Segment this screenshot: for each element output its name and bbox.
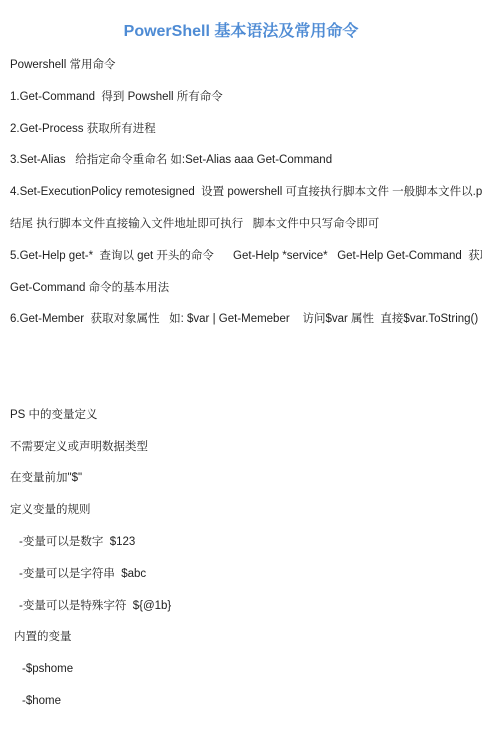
paragraph-set-executionpolicy-wrap: 结尾 执行脚本文件直接输入文件地址即可执行 脚本文件中只写命令即可 xyxy=(0,209,482,241)
document-page: PowerShell 基本语法及常用命令 Powershell 常用命令 1.G… xyxy=(0,0,482,738)
list-item-home: -$home xyxy=(0,686,482,718)
paragraph-variable-definition-heading: PS 中的变量定义 xyxy=(0,400,482,432)
paragraph-set-executionpolicy: 4.Set-ExecutionPolicy remotesigned 设置 po… xyxy=(0,177,482,209)
paragraph-get-member: 6.Get-Member 获取对象属性 如: $var | Get-Memebe… xyxy=(0,304,482,336)
list-item-pshome: -$pshome xyxy=(0,654,482,686)
paragraph-variable-rules-heading: 定义变量的规则 xyxy=(0,495,482,527)
paragraph-get-command: 1.Get-Command 得到 Powshell 所有命令 xyxy=(0,82,482,114)
paragraph-get-process: 2.Get-Process 获取所有进程 xyxy=(0,114,482,146)
list-item-variable-special-chars: -变量可以是特殊字符 ${@1b} xyxy=(0,591,482,623)
paragraph-set-alias: 3.Set-Alias 给指定命令重命名 如:Set-Alias aaa Get… xyxy=(0,145,482,177)
list-item-variable-string: -变量可以是字符串 $abc xyxy=(0,559,482,591)
paragraph-dollar-prefix: 在变量前加"$" xyxy=(0,463,482,495)
paragraph-builtin-variables-heading: 内置的变量 xyxy=(0,622,482,654)
paragraph-no-type-declaration: 不需要定义或声明数据类型 xyxy=(0,432,482,464)
blank-line xyxy=(0,336,482,368)
paragraph-common-commands-heading: Powershell 常用命令 xyxy=(0,50,482,82)
document-title: PowerShell 基本语法及常用命令 xyxy=(0,14,482,50)
paragraph-get-help: 5.Get-Help get-* 查询以 get 开头的命令 Get-Help … xyxy=(0,241,482,273)
list-item-variable-number: -变量可以是数字 $123 xyxy=(0,527,482,559)
blank-line xyxy=(0,368,482,400)
paragraph-get-help-wrap: Get-Command 命令的基本用法 xyxy=(0,273,482,305)
